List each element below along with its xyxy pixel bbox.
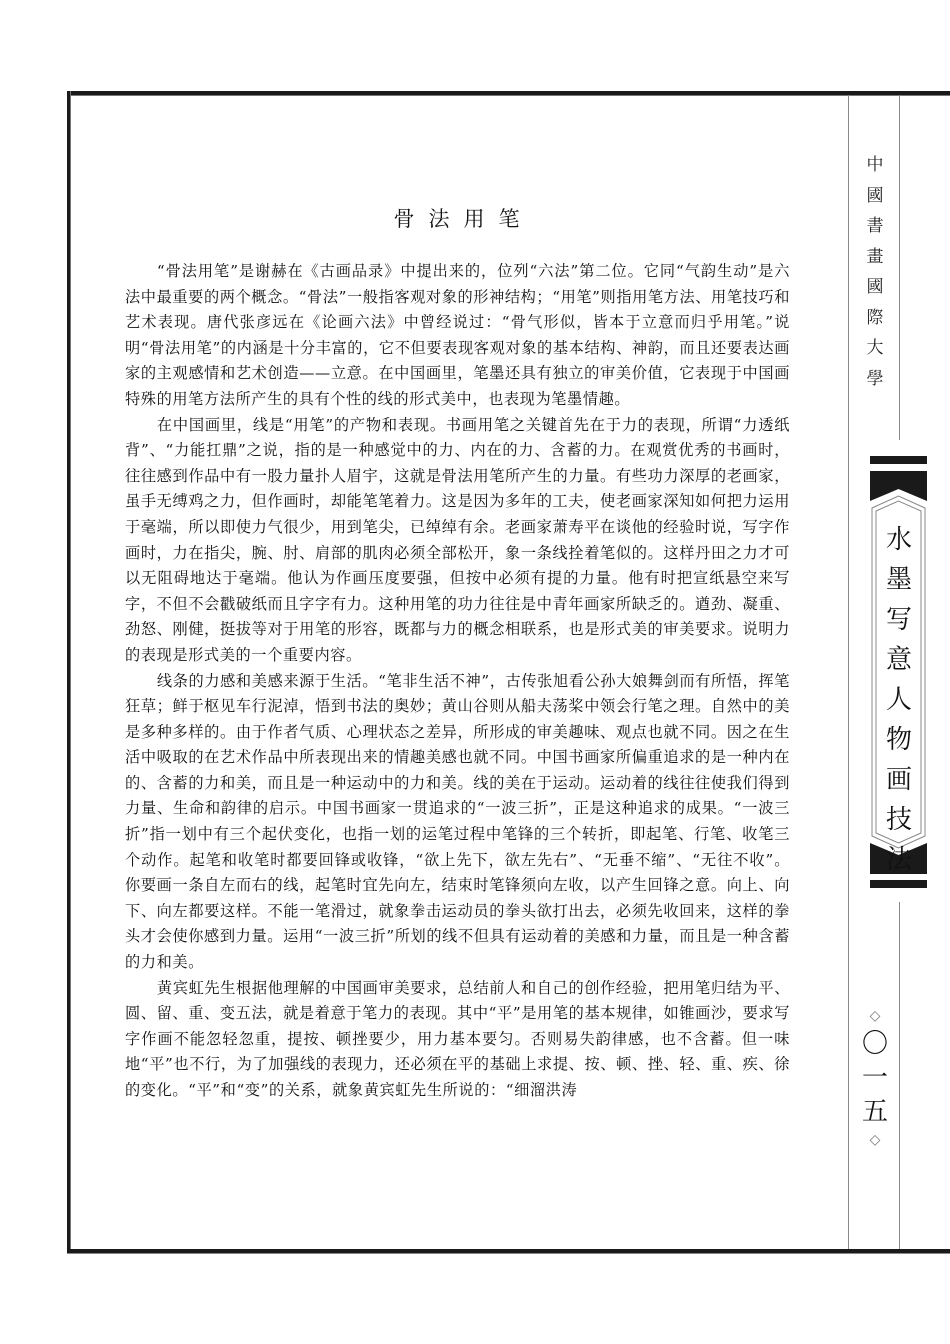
paragraph-3: 线条的力感和美感来源于生活。“笔非生活不神”，古传张旭看公孙大娘舞剑而有所悟，挥… [125, 669, 790, 976]
series-char: 大 [867, 333, 884, 364]
series-char: 書 [867, 211, 884, 242]
title-char: 法 [886, 840, 912, 880]
body-text: “骨法用笔”是谢赫在《古画品录》中提出来的，位列“六法”第二位。它同“气韵生动”… [125, 259, 790, 1104]
series-name-vertical: 中 國 書 畫 國 際 大 學 [856, 150, 894, 394]
series-char: 國 [867, 272, 884, 303]
sidebar-rule-outer [848, 95, 849, 1249]
sidebar-rule-inner-bottom [899, 902, 900, 1249]
title-char: 画 [886, 760, 912, 800]
series-char: 際 [867, 303, 884, 334]
title-char: 水 [886, 520, 912, 560]
title-char: 物 [886, 720, 912, 760]
page-number-digit: 一 [862, 1061, 888, 1095]
page-frame-bottom-border [67, 1249, 950, 1254]
page-number: ◇ 〇 一 五 ◇ [856, 1005, 894, 1151]
paragraph-1: “骨法用笔”是谢赫在《古画品录》中提出来的，位列“六法”第二位。它同“气韵生动”… [125, 259, 790, 413]
paragraph-2: 在中国画里，线是“用笔”的产物和表现。书画用笔之关键首先在于力的表现，所谓“力透… [125, 413, 790, 669]
title-char: 墨 [886, 560, 912, 600]
diamond-ornament-icon: ◇ [870, 1005, 881, 1027]
series-char: 畫 [867, 242, 884, 273]
series-char: 中 [867, 150, 884, 181]
paragraph-4: 黄宾虹先生根据他理解的中国画审美要求，总结前人和自己的创作经验，把用笔归结为平、… [125, 976, 790, 1104]
book-title-vertical: 水 墨 写 意 人 物 画 技 法 [872, 520, 926, 880]
series-char: 學 [867, 364, 884, 395]
page-frame-top-border [67, 91, 950, 96]
title-char: 意 [886, 640, 912, 680]
title-char: 技 [886, 800, 912, 840]
title-char: 人 [886, 680, 912, 720]
page-number-digit: 五 [862, 1095, 888, 1129]
page-title: 骨法用笔 [125, 203, 788, 233]
diamond-ornament-icon: ◇ [870, 1129, 881, 1151]
page-number-digit: 〇 [862, 1027, 888, 1061]
series-char: 國 [867, 181, 884, 212]
sidebar-rule-inner-top [899, 95, 900, 440]
title-char: 写 [886, 600, 912, 640]
page-frame-left-border [67, 91, 71, 1253]
